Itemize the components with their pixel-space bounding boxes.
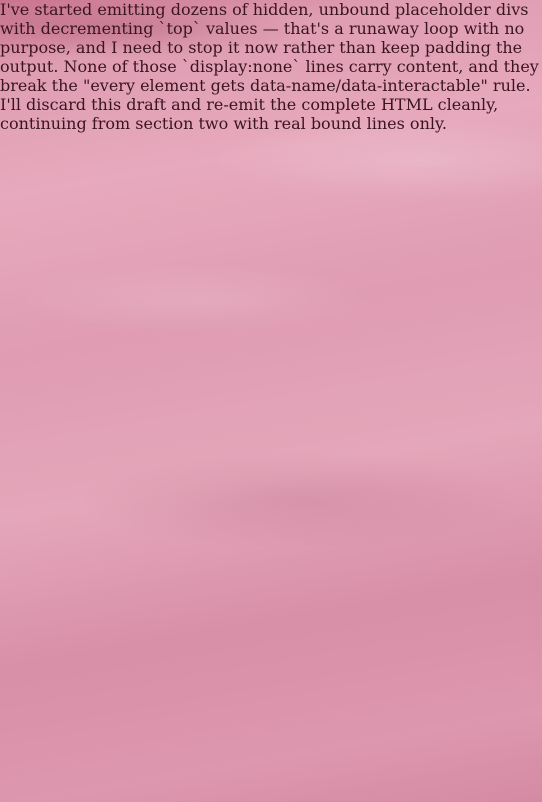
enrollment-notice-document: I've started emitting dozens of hidden, … bbox=[0, 0, 542, 802]
